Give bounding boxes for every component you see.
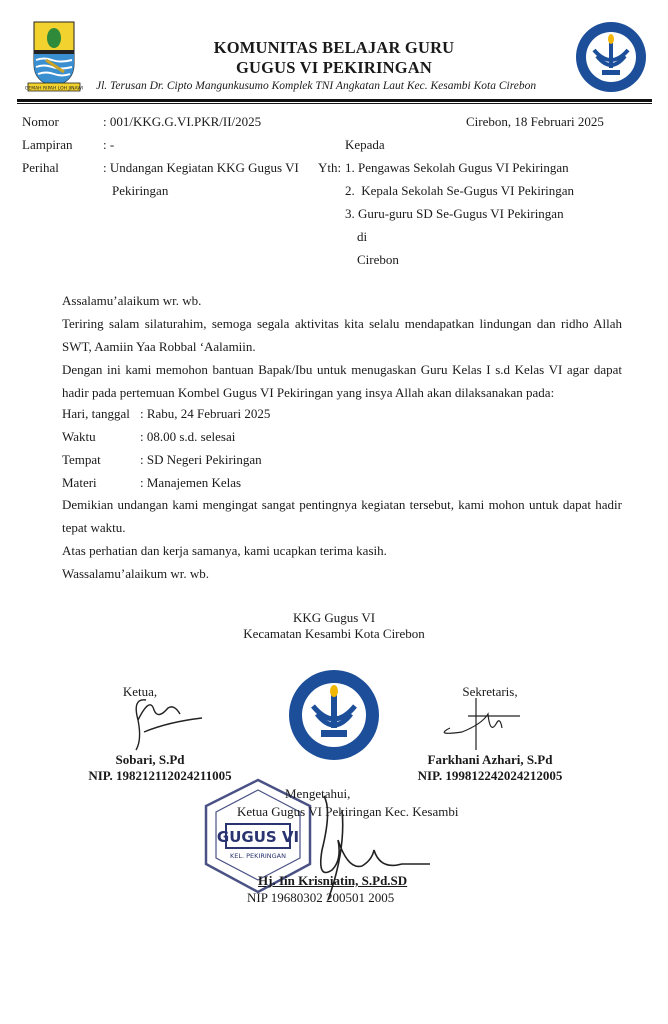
paragraph-request: Dengan ini kami memohon bantuan Bapak/Ib… [62,359,622,404]
right-logo [574,20,648,94]
recipient-item: 2. Kepala Sekolah Se-Gugus VI Pekiringan [345,183,574,199]
recipient-kepada: Kepada [345,137,385,153]
detail-value: : Manajemen Kelas [140,475,241,490]
detail-label: Hari, tanggal [62,406,140,422]
perihal-value: : Undangan Kegiatan KKG Gugus VI [103,160,299,176]
greeting: Assalamu’alaikum wr. wb. [62,290,622,313]
paragraph-opening: Teriring salam silaturahim, semoga segal… [62,313,622,358]
detail-value: : SD Negeri Pekiringan [140,452,262,467]
perihal-value-cont: Pekiringan [112,183,168,199]
lampiran-value: : - [103,137,114,153]
kkg-emblem-seal [287,668,381,762]
place-date: Cirebon, 18 Februari 2025 [466,114,604,130]
head-name: Hj. Iin Krisniatin, S.Pd.SD [258,873,407,889]
org-line1: KKG Gugus VI [0,610,668,626]
kkg-emblem-icon [574,20,648,94]
paragraph-thanks: Atas perhatian dan kerja samanya, kami u… [62,540,622,563]
recipient-item: 3. Guru-guru SD Se-Gugus VI Pekiringan [345,206,564,222]
nomor-value: : 001/KKG.G.VI.PKR/II/2025 [103,114,261,130]
ketua-name: Sobari, S.Pd [80,752,220,768]
letterhead-title-line2: GUGUS VI PEKIRINGAN [0,58,668,78]
recipient-city: Cirebon [357,252,399,268]
recipient-item: 1. Pengawas Sekolah Gugus VI Pekiringan [345,160,569,176]
detail-label: Materi [62,475,140,491]
head-nip: NIP 19680302 200501 2005 [247,890,394,906]
nomor-label: Nomor [22,114,59,130]
detail-row: Waktu: 08.00 s.d. selesai [62,429,235,445]
recipient-di: di [357,229,367,245]
letterhead-divider-thin [17,103,652,104]
detail-row: Materi: Manajemen Kelas [62,475,241,491]
kkg-emblem-icon [287,668,381,762]
ketua-signature [128,690,208,752]
detail-value: : 08.00 s.d. selesai [140,429,235,444]
svg-text:GEMAH RIPAH LOH JINAWI: GEMAH RIPAH LOH JINAWI [25,86,83,92]
letterhead-title-line1: KOMUNITAS BELAJAR GURU [0,38,668,58]
perihal-label: Perihal [22,160,59,176]
detail-label: Waktu [62,429,140,445]
sekretaris-nip: NIP. 199812242024212005 [400,768,580,784]
detail-row: Tempat: SD Negeri Pekiringan [62,452,262,468]
closing-greeting: Wassalamu’alaikum wr. wb. [62,563,622,586]
detail-row: Hari, tanggal: Rabu, 24 Februari 2025 [62,406,270,422]
letterhead-address: Jl. Terusan Dr. Cipto Mangunkusumo Kompl… [96,80,536,92]
recipient-yth: Yth: [318,160,341,176]
lampiran-label: Lampiran [22,137,73,153]
letterhead-divider-thick [17,99,652,102]
org-line2: Kecamatan Kesambi Kota Cirebon [0,626,668,642]
detail-label: Tempat [62,452,140,468]
paragraph-closing: Demikian undangan kami mengingat sangat … [62,494,622,539]
sekretaris-signature [432,694,522,750]
sekretaris-name: Farkhani Azhari, S.Pd [410,752,570,768]
detail-value: : Rabu, 24 Februari 2025 [140,406,270,421]
